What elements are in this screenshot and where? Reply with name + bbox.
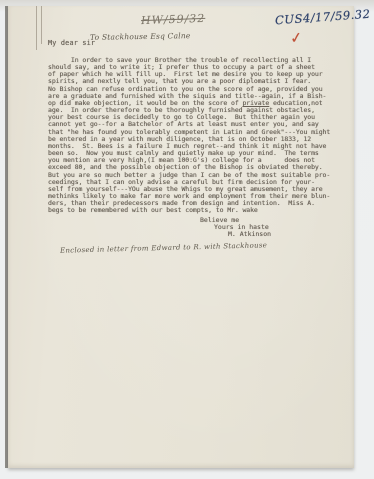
scan-background: { "annotations": { "crossed_ref": "HW/59… bbox=[0, 0, 374, 479]
salutation: My dear sir bbox=[48, 39, 95, 47]
enclosure-note: Enclosed in letter from Edward to R. wit… bbox=[60, 241, 267, 254]
crossed-reference-mark: HW/59/32 bbox=[141, 12, 206, 27]
crease-mark bbox=[36, 6, 37, 50]
closing-block: Believe meYours in hasteM. Atkinson bbox=[48, 217, 271, 239]
letter-paper: HW/59/32 CUS4/17/59.32 ✓ My dear sir To … bbox=[8, 6, 354, 468]
letter-body: In order to save your Brother the troubl… bbox=[48, 57, 348, 214]
salutation-handwritten-note: To Stackhouse Esq Calne bbox=[90, 31, 191, 42]
crease-mark bbox=[41, 6, 42, 44]
catalog-reference-mark: CUS4/17/59.32 bbox=[275, 7, 371, 28]
checkmark-icon: ✓ bbox=[290, 27, 303, 48]
